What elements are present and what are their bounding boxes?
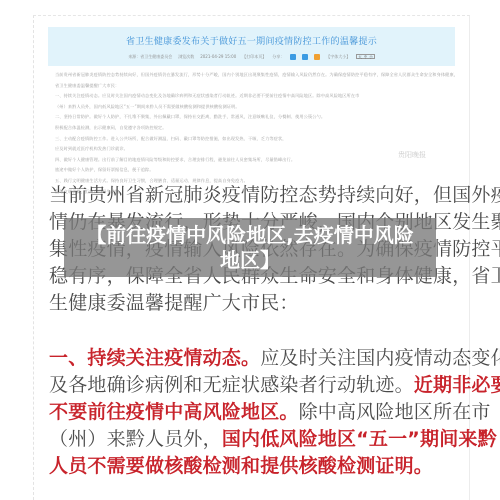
article-body-small: 当前贵州省新冠肺炎疫情防控态势持续向好，但国外疫情仍在暴发流行，形势十分严峻，国…	[55, 70, 455, 197]
small-paragraph: 四、做好个人健康管理。出行前了解目的地疫情风险等级和防控要求，合理安排行程，避免…	[55, 155, 455, 166]
section1-text: （州）来黔人员外，	[49, 428, 222, 450]
print-link[interactable]: 【打印本页】	[242, 54, 266, 60]
section1-text: 应及时关注国内疫情动态变化	[260, 347, 500, 369]
intro-line: 当前贵州省新冠肺炎疫情防控态势持续向好，但国外疫	[49, 182, 469, 209]
section1-emphasis: 近期非必要	[414, 374, 500, 396]
meta-source: 来源：省卫生健康委员会	[128, 54, 172, 60]
small-paragraph: 当前贵州省新冠肺炎疫情防控态势持续向好，但国外疫情仍在暴发流行，形势十分严峻，国…	[55, 70, 455, 81]
meta-views: 浏览次数	[178, 54, 194, 60]
section1-line: 一、持续关注疫情动态。应及时关注国内疫情动态变化	[49, 345, 469, 372]
small-paragraph: （州）来黔人员外，国内低风险地区“五一”期间来黔人员不需要做核酸检测和提供核酸检…	[55, 102, 455, 113]
font-size-selector[interactable]: 大 中 小	[356, 54, 375, 59]
section1-line: （州）来黔人员外，国内低风险地区“五一”期间来黔	[49, 426, 469, 453]
font-size-small[interactable]: 小	[368, 55, 374, 58]
wechat-share-icon[interactable]	[314, 54, 320, 60]
small-paragraph: 三、主动配合疫情防控工作。进入公共场所，配合做好测温、扫码、戴口罩等防控措施，如…	[55, 134, 455, 145]
watermark: 贵阳晚报	[398, 150, 426, 160]
section1-line: 人员不需要做核酸检测和提供核酸检测证明。	[49, 453, 469, 480]
small-paragraph: 一、持续关注疫情动态。应及时关注国内疫情动态变化及各地确诊病例和无症状感染者行动…	[55, 91, 455, 102]
caption-overlay: 【前往疫情中风险地区,去疫情中风险地区】	[64, 218, 436, 277]
qzone-share-icon[interactable]	[302, 54, 308, 60]
article-meta: 来源：省卫生健康委员会 浏览次数 2021-04-29 15:00 【打印本页】…	[48, 52, 455, 61]
section1-heading: 一、持续关注疫情动态。	[49, 347, 260, 369]
section1-emphasis: 不要前往疫情中高风险地区。	[49, 401, 299, 423]
small-paragraph: 省卫生健康委温馨提醒广大市民：	[55, 81, 455, 92]
article-title: 省卫生健康委发布关于做好五一期间疫情防控工作的温馨提示	[48, 34, 455, 47]
intro-line: 生健康委温馨提醒广大市民：	[49, 290, 469, 317]
overlay-caption: 【前往疫情中风险地区,去疫情中风险地区】	[85, 223, 415, 273]
section1-emphasis: 人员不需要做核酸检测和提供核酸检测证明。	[49, 455, 433, 477]
small-paragraph: 积极配合体温检测，出示健康码，自觉遵守各项防控规定。	[55, 123, 455, 134]
share-label: 分享：	[272, 54, 284, 60]
small-paragraph: 二、坚持日常防护。做好个人防护，不扎堆不聚集，外出佩戴口罩，保持社交距离，勤洗手…	[55, 112, 455, 123]
small-paragraph: 应及时到就近医疗机构发热门诊就诊。	[55, 144, 455, 155]
small-paragraph: 旅途中做好个人防护，保留好票据信息，便于追踪。	[55, 165, 455, 176]
weibo-share-icon[interactable]	[290, 54, 296, 60]
section1-emphasis: 国内低风险地区“五一”期间来黔	[222, 428, 497, 450]
article-header: 省卫生健康委发布关于做好五一期间疫情防控工作的温馨提示 来源：省卫生健康委员会 …	[48, 27, 455, 66]
section1-text: 除中高风险地区所在市	[299, 401, 491, 423]
font-size-label: 【字体大小】	[326, 54, 350, 60]
section1-text: 及各地确诊病例和无症状感染者行动轨迹。	[49, 374, 414, 396]
section1-line: 不要前往疫情中高风险地区。除中高风险地区所在市	[49, 399, 469, 426]
section1-line: 及各地确诊病例和无症状感染者行动轨迹。近期非必要	[49, 372, 469, 399]
meta-date: 2021-04-29 15:00	[200, 54, 236, 59]
